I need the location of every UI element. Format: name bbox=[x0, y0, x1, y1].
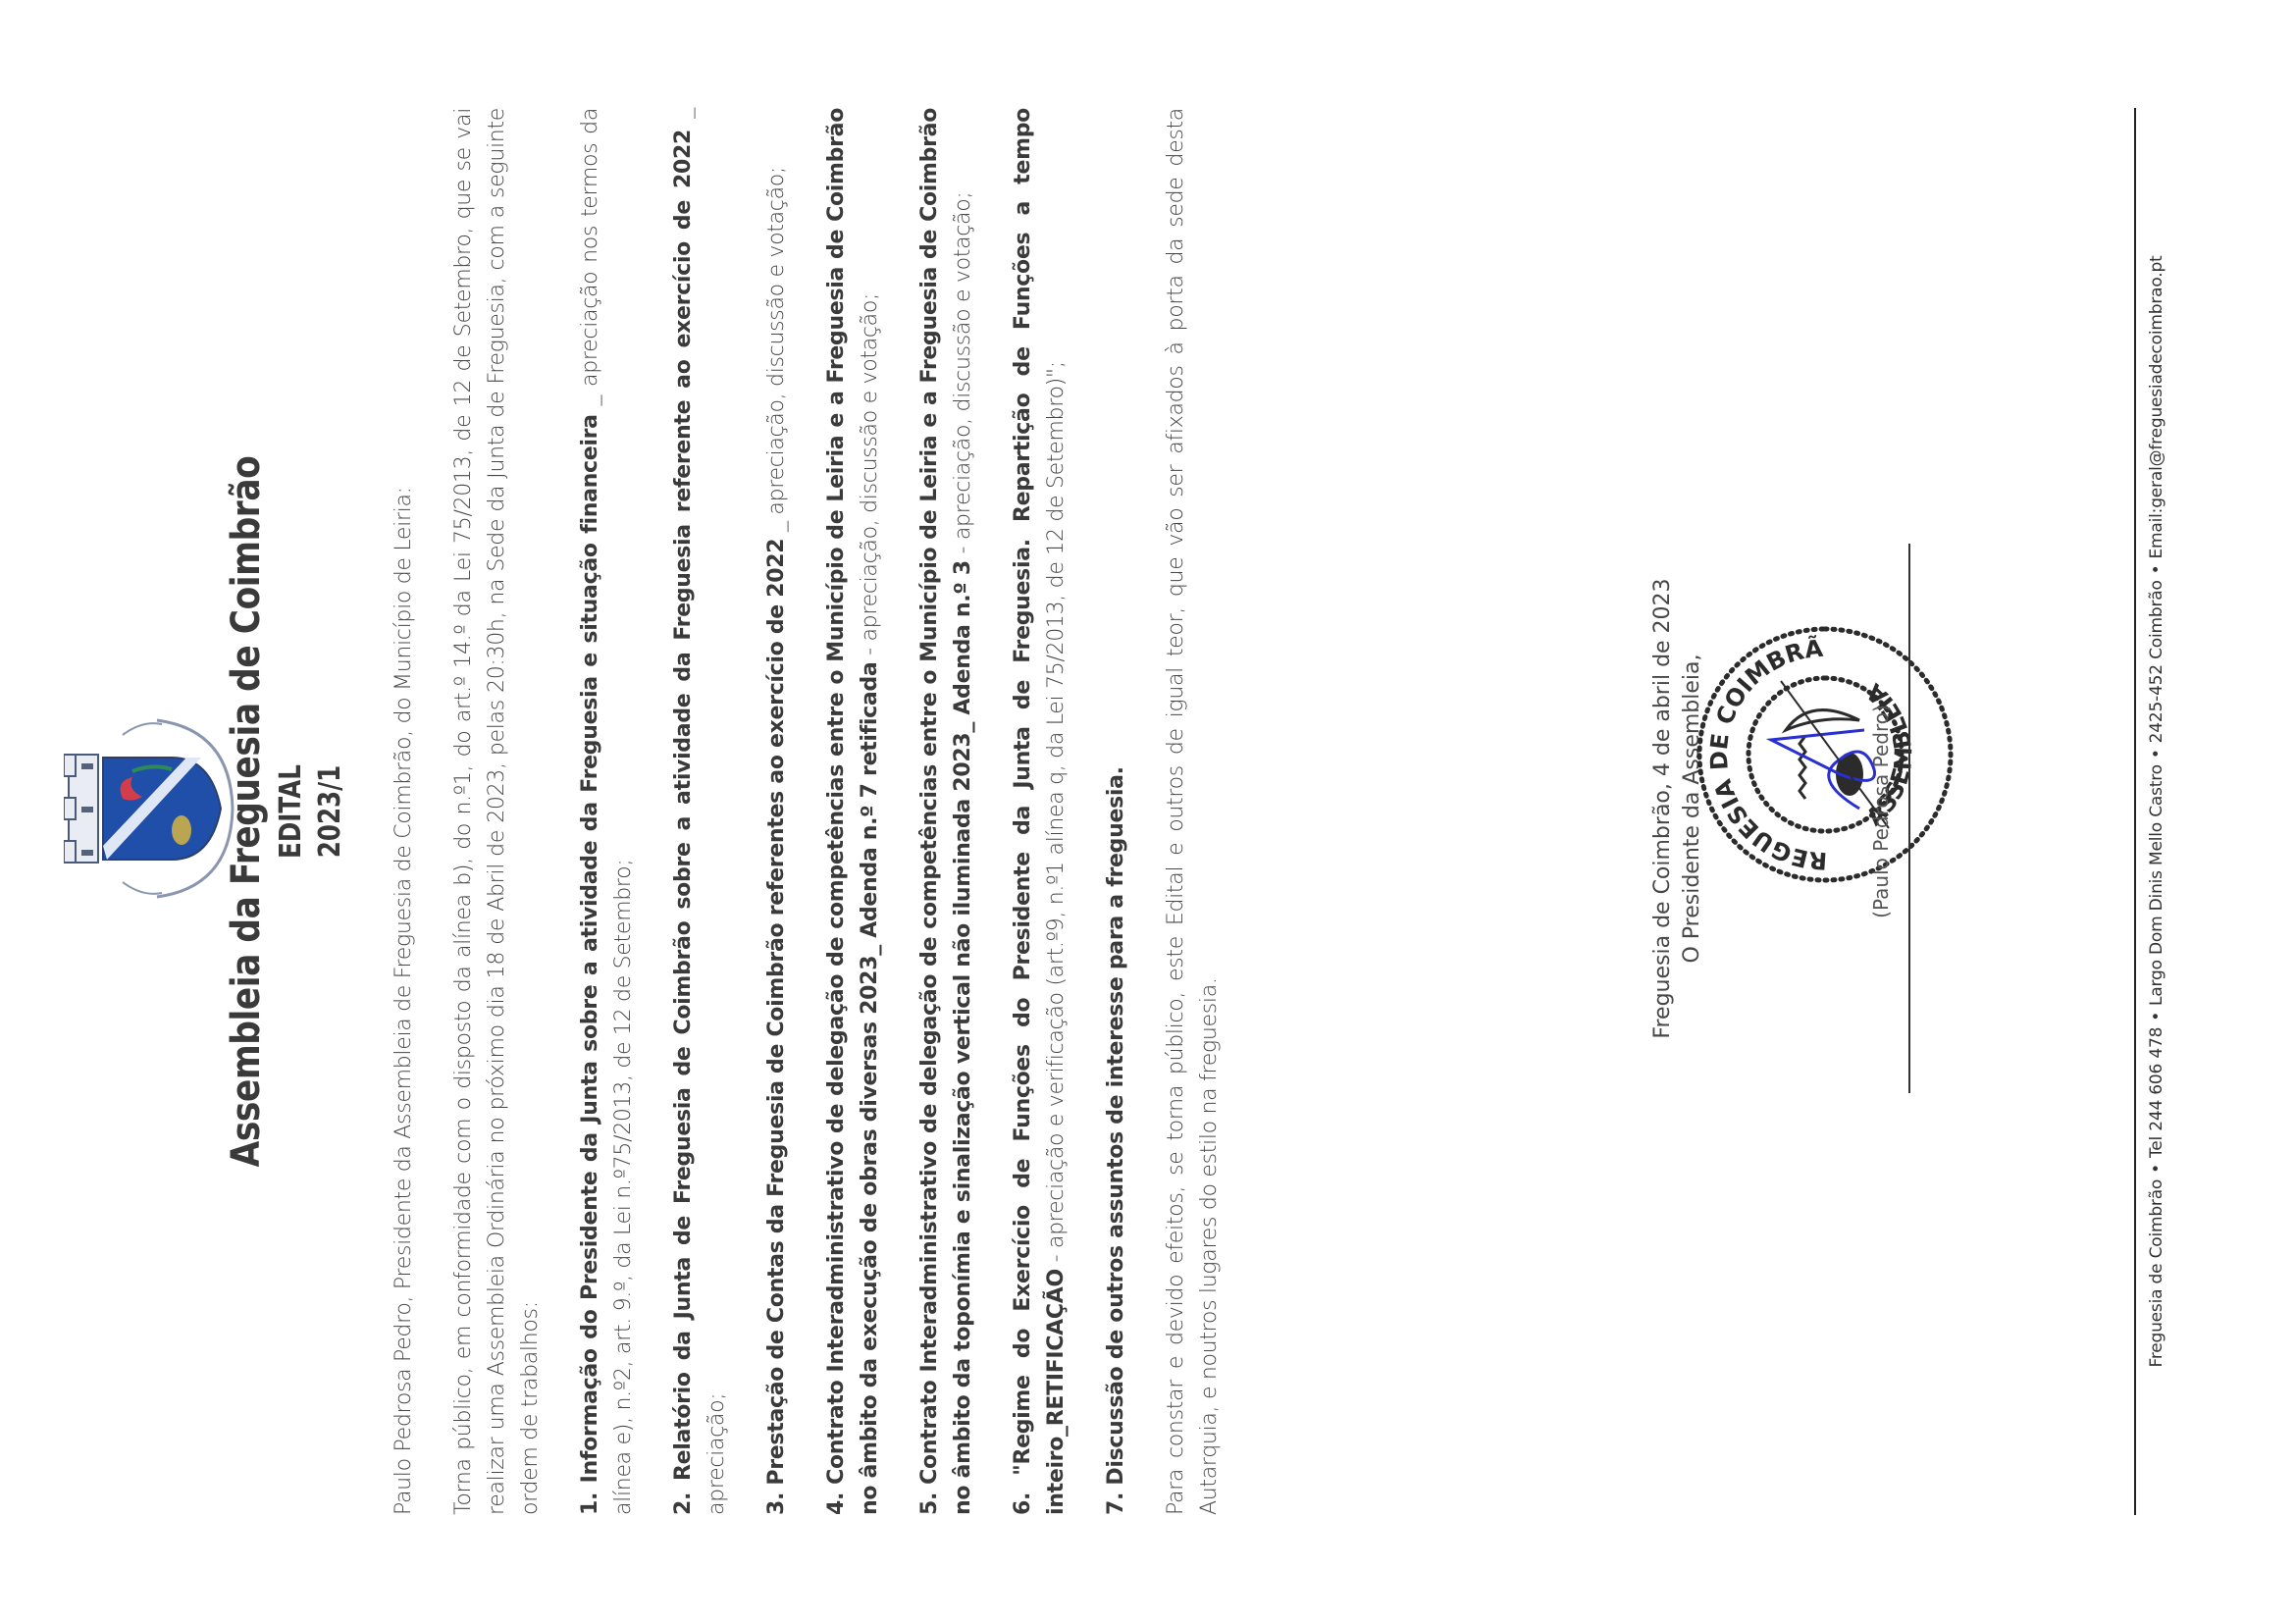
bullet-separator-icon: • bbox=[2147, 749, 2166, 759]
agenda-item-1: 1. Informação do Presidente da Junta sob… bbox=[574, 108, 641, 1515]
document-type: EDITAL bbox=[272, 146, 311, 1477]
bullet-separator-icon: • bbox=[2147, 1164, 2166, 1174]
agenda-title: Discussão de outros assuntos de interess… bbox=[1104, 766, 1128, 1485]
agenda-item-7: 7. Discussão de outros assuntos de inter… bbox=[1100, 108, 1133, 1515]
bullet-separator-icon: • bbox=[2147, 564, 2166, 574]
document-number: 2023/1 bbox=[311, 146, 350, 1477]
footer-contact: Freguesia de Coimbrão•Tel 244 606 478•La… bbox=[2147, 0, 2166, 1623]
agenda-item-6: 6. "Regime do Exercício de Funções do Pr… bbox=[1007, 108, 1073, 1515]
footer-phone: Tel 244 606 478 bbox=[2147, 1027, 2166, 1158]
agenda-detail: _ apreciação, discussão e votação; bbox=[764, 167, 789, 539]
document-header: Assembleia da Freguesia de Coimbrão EDIT… bbox=[221, 0, 350, 1623]
agenda-item-2: 2. Relatório da Junta de Freguesia de Co… bbox=[667, 108, 734, 1515]
page-title: Assembleia da Freguesia de Coimbrão bbox=[221, 114, 272, 1509]
agenda-item-5: 5. Contrato Interadministrativo de deleg… bbox=[913, 108, 980, 1515]
closing-paragraph: Para constar e devido efeitos, se torna … bbox=[1160, 108, 1226, 1515]
intro-paragraph: Paulo Pedrosa Pedro, Presidente da Assem… bbox=[388, 108, 421, 1515]
agenda-item-4: 4. Contrato Interadministrativo de deleg… bbox=[820, 108, 887, 1515]
agenda-title: Relatório da Junta de Freguesia de Coimb… bbox=[671, 130, 696, 1481]
footer-email: Email:geral@freguesiadecoimbrao.pt bbox=[2147, 255, 2166, 558]
footer-org: Freguesia de Coimbrão bbox=[2147, 1179, 2166, 1368]
document-page: Assembleia da Freguesia de Coimbrão EDIT… bbox=[0, 0, 2296, 1623]
announcement-paragraph: Torna público, em conformidade com o dis… bbox=[447, 108, 548, 1515]
document-body: Paulo Pedrosa Pedro, Presidente da Assem… bbox=[388, 108, 1253, 1515]
agenda-detail: - apreciação, discussão e votação; bbox=[951, 191, 975, 560]
place-date: Freguesia de Coimbrão, 4 de abril de 202… bbox=[1648, 416, 1678, 1201]
svg-text:FREGUESIA DE COIMBRÃO: FREGUESIA DE COIMBRÃO bbox=[1693, 634, 1828, 887]
bullet-separator-icon: • bbox=[2147, 1012, 2166, 1021]
agenda-title: Informação do Presidente da Junta sobre … bbox=[578, 414, 602, 1483]
footer-divider bbox=[2134, 108, 2136, 1515]
agenda-detail: - apreciação e verificação (art.º9, n.º1… bbox=[1044, 361, 1069, 1269]
agenda-detail: - apreciação, discussão e votação; bbox=[858, 293, 882, 662]
agenda-title: Prestação de Contas da Freguesia de Coim… bbox=[764, 539, 789, 1486]
coat-of-arms-icon bbox=[64, 710, 235, 907]
footer-postal: 2425-452 Coimbrão bbox=[2147, 580, 2166, 743]
signatory-name: (Paulo Pedrosa Pedro) bbox=[1869, 0, 1893, 1623]
signature-line bbox=[1908, 544, 1910, 1093]
official-stamp-icon: FREGUESIA DE COIMBRÃO ASSEMBLEIA bbox=[1693, 622, 1957, 887]
footer-address: Largo Dom Dinis Mello Castro bbox=[2147, 764, 2166, 1006]
agenda-item-3: 3. Prestação de Contas da Freguesia de C… bbox=[760, 108, 794, 1515]
